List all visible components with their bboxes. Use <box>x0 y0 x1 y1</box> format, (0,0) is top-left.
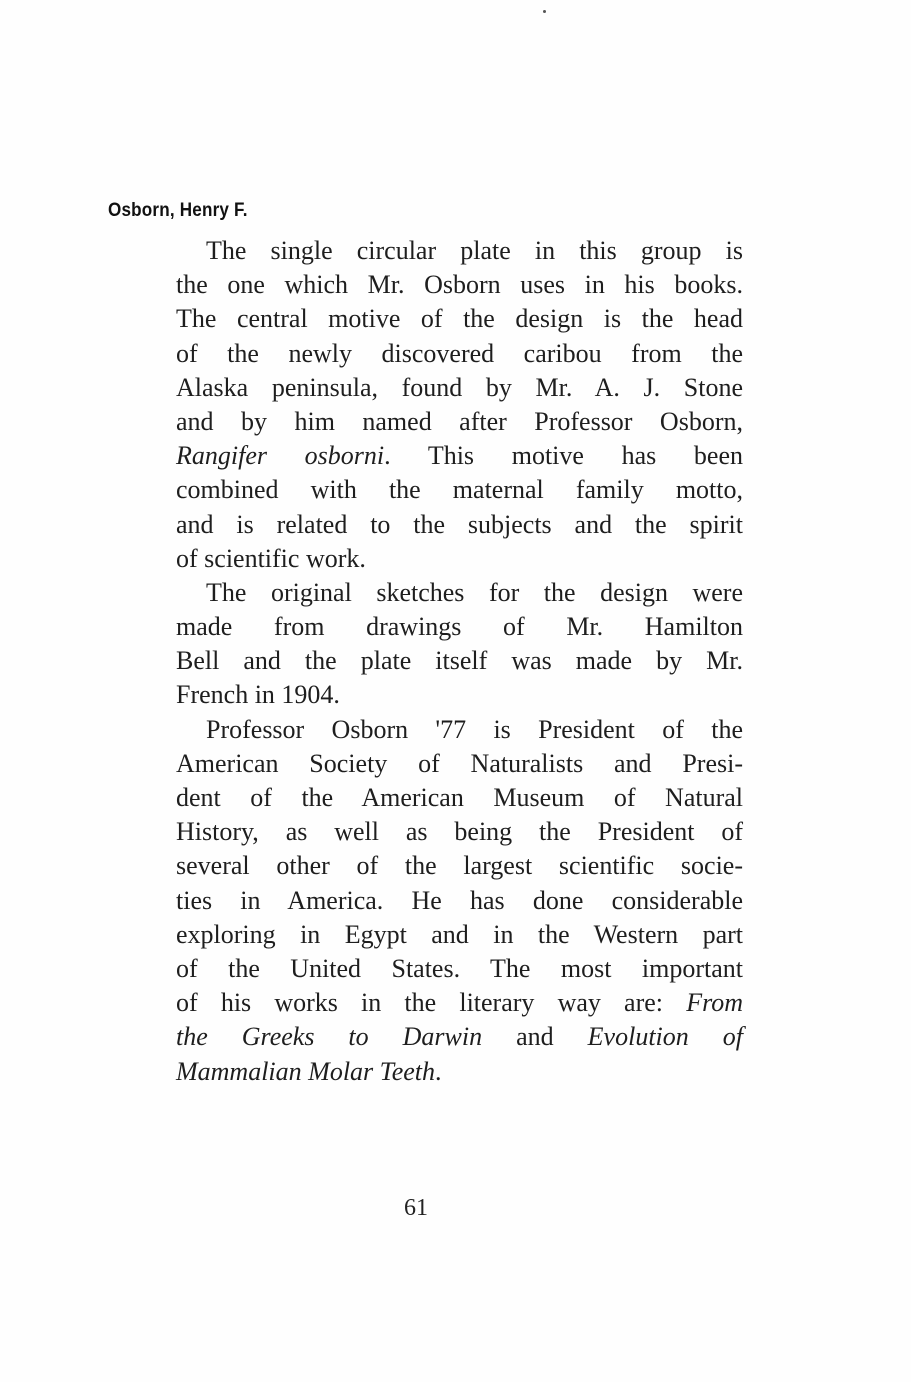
entry-heading: Osborn, Henry F. <box>108 200 248 222</box>
text-line: Alaska peninsula, found by Mr. A. J. Sto… <box>176 371 743 405</box>
book-title: Mammalian Molar Teeth <box>176 1057 435 1086</box>
paragraph-3: Professor Osborn '77 is President of the… <box>176 713 743 1089</box>
text-line: of the United States. The most important <box>176 952 743 986</box>
text-line: French in 1904. <box>176 678 743 712</box>
text-line: several other of the largest scientific … <box>176 849 743 883</box>
text-line: Professor Osborn '77 is President of the <box>176 713 743 747</box>
text-line: History, as well as being the President … <box>176 815 743 849</box>
text-line: the one which Mr. Osborn uses in his boo… <box>176 268 743 302</box>
entry-body: The single circular plate in this group … <box>176 234 743 1089</box>
text-line: and by him named after Professor Osborn, <box>176 405 743 439</box>
scan-speck <box>543 10 546 13</box>
text-line: dent of the American Museum of Natural <box>176 781 743 815</box>
page-number: 61 <box>0 1195 832 1222</box>
text-line: of his works in the literary way are: Fr… <box>176 986 743 1020</box>
text-line: Rangifer osborni. This motive has been <box>176 439 743 473</box>
book-title: the Greeks to Darwin <box>176 1022 482 1051</box>
text-line: exploring in Egypt and in the Western pa… <box>176 918 743 952</box>
text-line: The central motive of the design is the … <box>176 302 743 336</box>
text-line: made from drawings of Mr. Hamilton <box>176 610 743 644</box>
text-line: ties in America. He has done considerabl… <box>176 884 743 918</box>
text-line: combined with the maternal family motto, <box>176 473 743 507</box>
text-line: Bell and the plate itself was made by Mr… <box>176 644 743 678</box>
text-line: American Society of Naturalists and Pres… <box>176 747 743 781</box>
paragraph-2: The original sketches for the design wer… <box>176 576 743 713</box>
text-line: and is related to the subjects and the s… <box>176 508 743 542</box>
book-title: From <box>686 988 743 1017</box>
species-name: Rangifer osborni <box>176 441 384 470</box>
book-title: Evolution of <box>588 1022 743 1051</box>
text-line: The single circular plate in this group … <box>176 234 743 268</box>
text-line: of scientific work. <box>176 542 743 576</box>
paragraph-1: The single circular plate in this group … <box>176 234 743 576</box>
text-line: The original sketches for the design wer… <box>176 576 743 610</box>
text-line: Mammalian Molar Teeth. <box>176 1055 743 1089</box>
text-line: the Greeks to Darwin and Evolution of <box>176 1020 743 1054</box>
text-line: of the newly discovered caribou from the <box>176 337 743 371</box>
